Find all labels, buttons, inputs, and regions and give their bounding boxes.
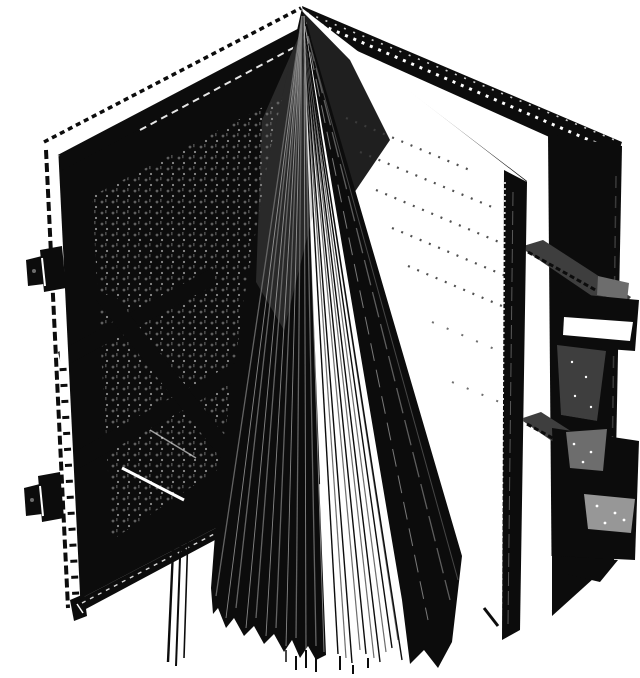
catch-glint [30,498,34,502]
clasp-speck [596,505,599,508]
clasp-speck [590,406,592,408]
engraving-canvas [0,0,640,678]
lower-clasp-highlight-2 [584,494,635,533]
lower-clasp [520,412,639,582]
clasp-speck [571,361,573,363]
upper-clasp [520,240,639,440]
clasp-speck [623,519,626,522]
lower-clasp-highlight-1 [566,429,607,471]
clasp-speck [585,376,587,378]
clasp-speck [574,395,576,397]
clasp-speck [614,512,617,515]
fore-edge-band [502,170,527,640]
clasp-speck [573,443,576,446]
page-fore-edge [501,170,527,640]
clasp-catch-upper [26,246,66,292]
catch-glint [32,269,36,273]
clasp-speck [604,522,607,525]
clasp-speck [582,461,585,464]
clasp-speck [590,451,593,454]
clasp-catch-lower [24,472,64,522]
book-engraving [0,0,640,678]
